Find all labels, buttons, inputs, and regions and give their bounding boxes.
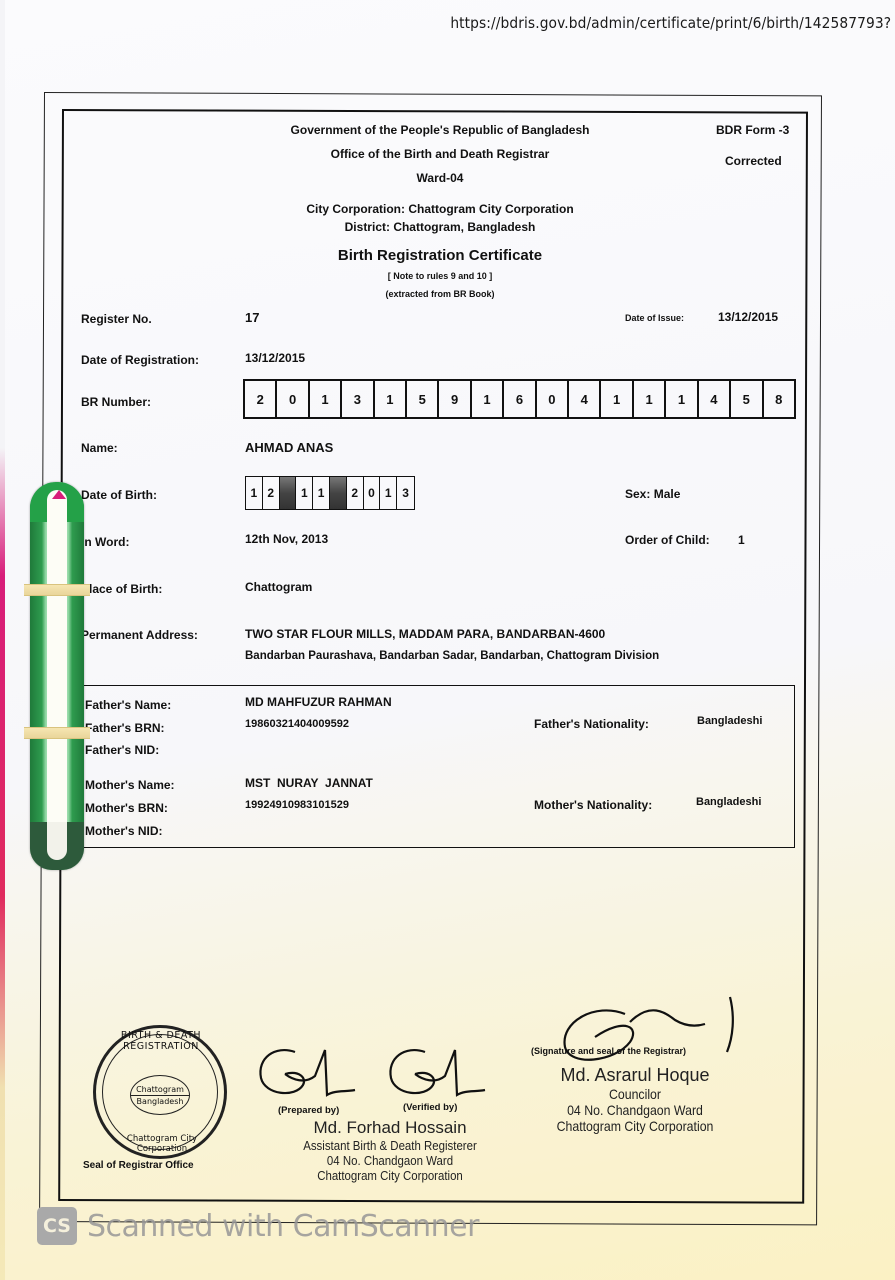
print-url: https://bdris.gov.bd/admin/certificate/p… xyxy=(450,14,891,32)
father-name-value: MD MAHFUZUR RAHMAN xyxy=(245,695,392,709)
father-nid-label: Father's NID: xyxy=(85,743,159,757)
permanent-address-line2: Bandarban Paurashava, Bandarban Sadar, B… xyxy=(245,650,659,662)
father-nationality-value: Bangladeshi xyxy=(697,715,762,727)
register-no-value: 17 xyxy=(245,310,259,325)
dob-digit-box: 1 xyxy=(246,477,263,509)
rules-note: [ Note to rules 9 and 10 ] xyxy=(240,271,640,281)
dob-digit-box: 0 xyxy=(364,477,381,509)
br-digit-box: 3 xyxy=(342,381,374,417)
br-digit-box: 1 xyxy=(634,381,666,417)
assistant-registrar-block: Md. Forhad Hossain Assistant Birth & Dea… xyxy=(290,1118,490,1183)
seal-label: Seal of Registrar Office xyxy=(83,1160,194,1171)
mother-name-value: MST NURAY JANNAT xyxy=(245,776,373,790)
br-digit-box: 8 xyxy=(764,381,794,417)
br-digit-box: 0 xyxy=(537,381,569,417)
dob-digit-box: 1 xyxy=(313,477,330,509)
registrar-signature-label: (Signature and seal of the Registrar) xyxy=(531,1046,686,1056)
name-value: AHMAD ANAS xyxy=(245,440,333,455)
father-brn-value: 19860321404009592 xyxy=(245,718,349,730)
prepared-by-label: (Prepared by) xyxy=(278,1105,339,1116)
seal-center-top: Chattogram xyxy=(136,1084,184,1095)
date-of-issue-label: Date of Issue: xyxy=(625,313,684,323)
order-of-child-label: Order of Child: xyxy=(625,533,710,547)
dob-digit-box: 2 xyxy=(347,477,364,509)
prepared-by-signature-icon xyxy=(255,1040,365,1105)
extract-note: (extracted from BR Book) xyxy=(240,289,640,299)
binder-clip-bottom-slot xyxy=(47,822,67,860)
mother-brn-value: 19924910983101529 xyxy=(245,799,349,811)
assistant-title: Assistant Birth & Death Registerer xyxy=(302,1138,478,1153)
br-digit-box: 1 xyxy=(310,381,342,417)
in-word-label: In Word: xyxy=(81,535,129,549)
rubber-band-bottom xyxy=(24,727,90,739)
br-digit-box: 1 xyxy=(375,381,407,417)
place-of-birth-label: Place of Birth: xyxy=(81,582,162,596)
seal-center: Chattogram Bangladesh xyxy=(130,1075,190,1115)
ward-heading: Ward-04 xyxy=(240,171,640,185)
binder-clip-slot xyxy=(47,490,67,850)
br-digit-box: 4 xyxy=(699,381,731,417)
camscanner-watermark: CS Scanned with CamScanner xyxy=(37,1207,479,1245)
br-number-label: BR Number: xyxy=(81,395,151,409)
certificate-title: Birth Registration Certificate xyxy=(240,247,640,264)
assistant-ward: 04 No. Chandgaon Ward xyxy=(302,1153,478,1168)
registrar-ward: 04 No. Chandgaon Ward xyxy=(547,1102,723,1118)
father-nationality-label: Father's Nationality: xyxy=(534,717,649,731)
seal-ring-top-text: BIRTH & DEATH REGISTRATION xyxy=(101,1030,221,1052)
binder-clip-pin-icon xyxy=(52,490,66,499)
permanent-address-line1: TWO STAR FLOUR MILLS, MADDAM PARA, BANDA… xyxy=(245,627,605,641)
sex-field: Sex: Male xyxy=(625,487,680,501)
father-name-label: Father's Name: xyxy=(85,698,171,712)
registrar-title: Councilor xyxy=(547,1086,723,1102)
seal-center-bottom: Bangladesh xyxy=(137,1096,184,1107)
assistant-org: Chattogram City Corporation xyxy=(302,1168,478,1183)
order-of-child-value: 1 xyxy=(738,533,745,547)
br-digit-box: 5 xyxy=(407,381,439,417)
district-heading: District: Chattogram, Bangladesh xyxy=(240,220,640,234)
br-digit-box: 4 xyxy=(569,381,601,417)
registrar-block: Md. Asrarul Hoque Councilor 04 No. Chand… xyxy=(535,1065,735,1134)
br-digit-box: 1 xyxy=(472,381,504,417)
parents-section xyxy=(72,685,795,848)
form-number: BDR Form -3 xyxy=(716,123,789,137)
place-of-birth-value: Chattogram xyxy=(245,580,312,594)
dob-boxes: 12112013 xyxy=(245,476,415,510)
rubber-band-top xyxy=(24,584,90,596)
in-word-value: 12th Nov, 2013 xyxy=(245,532,328,546)
dob-separator-box xyxy=(330,477,347,509)
date-of-registration-value: 13/12/2015 xyxy=(245,351,305,365)
dob-label: Date of Birth: xyxy=(81,488,157,502)
office-heading: Office of the Birth and Death Registrar xyxy=(240,147,640,161)
br-digit-box: 2 xyxy=(245,381,277,417)
br-digit-box: 5 xyxy=(731,381,763,417)
camscanner-logo-icon: CS xyxy=(37,1207,77,1245)
mother-nationality-label: Mother's Nationality: xyxy=(534,798,652,812)
mother-nid-label: Mother's NID: xyxy=(85,824,163,838)
name-label: Name: xyxy=(81,441,118,455)
sex-label: Sex: xyxy=(625,487,650,501)
seal-ring-bottom-text: Chattogram City Corporation xyxy=(112,1134,212,1154)
br-digit-box: 0 xyxy=(277,381,309,417)
br-digit-box: 6 xyxy=(504,381,536,417)
father-brn-label: Father's BRN: xyxy=(85,721,165,735)
mother-name-label: Mother's Name: xyxy=(85,778,175,792)
br-digit-box: 9 xyxy=(439,381,471,417)
br-digit-box: 1 xyxy=(601,381,633,417)
govt-heading: Government of the People's Republic of B… xyxy=(240,123,640,137)
br-digit-box: 1 xyxy=(666,381,698,417)
dob-digit-box: 1 xyxy=(296,477,313,509)
br-number-boxes: 20131591604111458 xyxy=(243,379,796,419)
dob-separator-box xyxy=(280,477,297,509)
verified-by-label: (Verified by) xyxy=(403,1102,457,1113)
mother-brn-label: Mother's BRN: xyxy=(85,801,168,815)
date-of-issue-value: 13/12/2015 xyxy=(718,310,778,324)
date-of-registration-label: Date of Registration: xyxy=(81,353,199,367)
registrar-org: Chattogram City Corporation xyxy=(547,1118,723,1134)
dob-digit-box: 3 xyxy=(397,477,414,509)
assistant-name: Md. Forhad Hossain xyxy=(290,1118,490,1138)
dob-digit-box: 1 xyxy=(380,477,397,509)
registrar-name: Md. Asrarul Hoque xyxy=(535,1065,735,1086)
verified-by-signature-icon xyxy=(385,1040,495,1105)
permanent-address-label: Permanent Address: xyxy=(81,628,198,642)
register-no-label: Register No. xyxy=(81,312,152,326)
dob-digit-box: 2 xyxy=(263,477,280,509)
page-edge xyxy=(0,0,5,1280)
registrar-signature-icon xyxy=(555,992,755,1072)
status-badge: Corrected xyxy=(725,154,782,168)
city-corporation-heading: City Corporation: Chattogram City Corpor… xyxy=(240,202,640,216)
mother-nationality-value: Bangladeshi xyxy=(696,796,761,808)
sex-value: Male xyxy=(654,487,681,501)
camscanner-text: Scanned with CamScanner xyxy=(87,1209,479,1244)
